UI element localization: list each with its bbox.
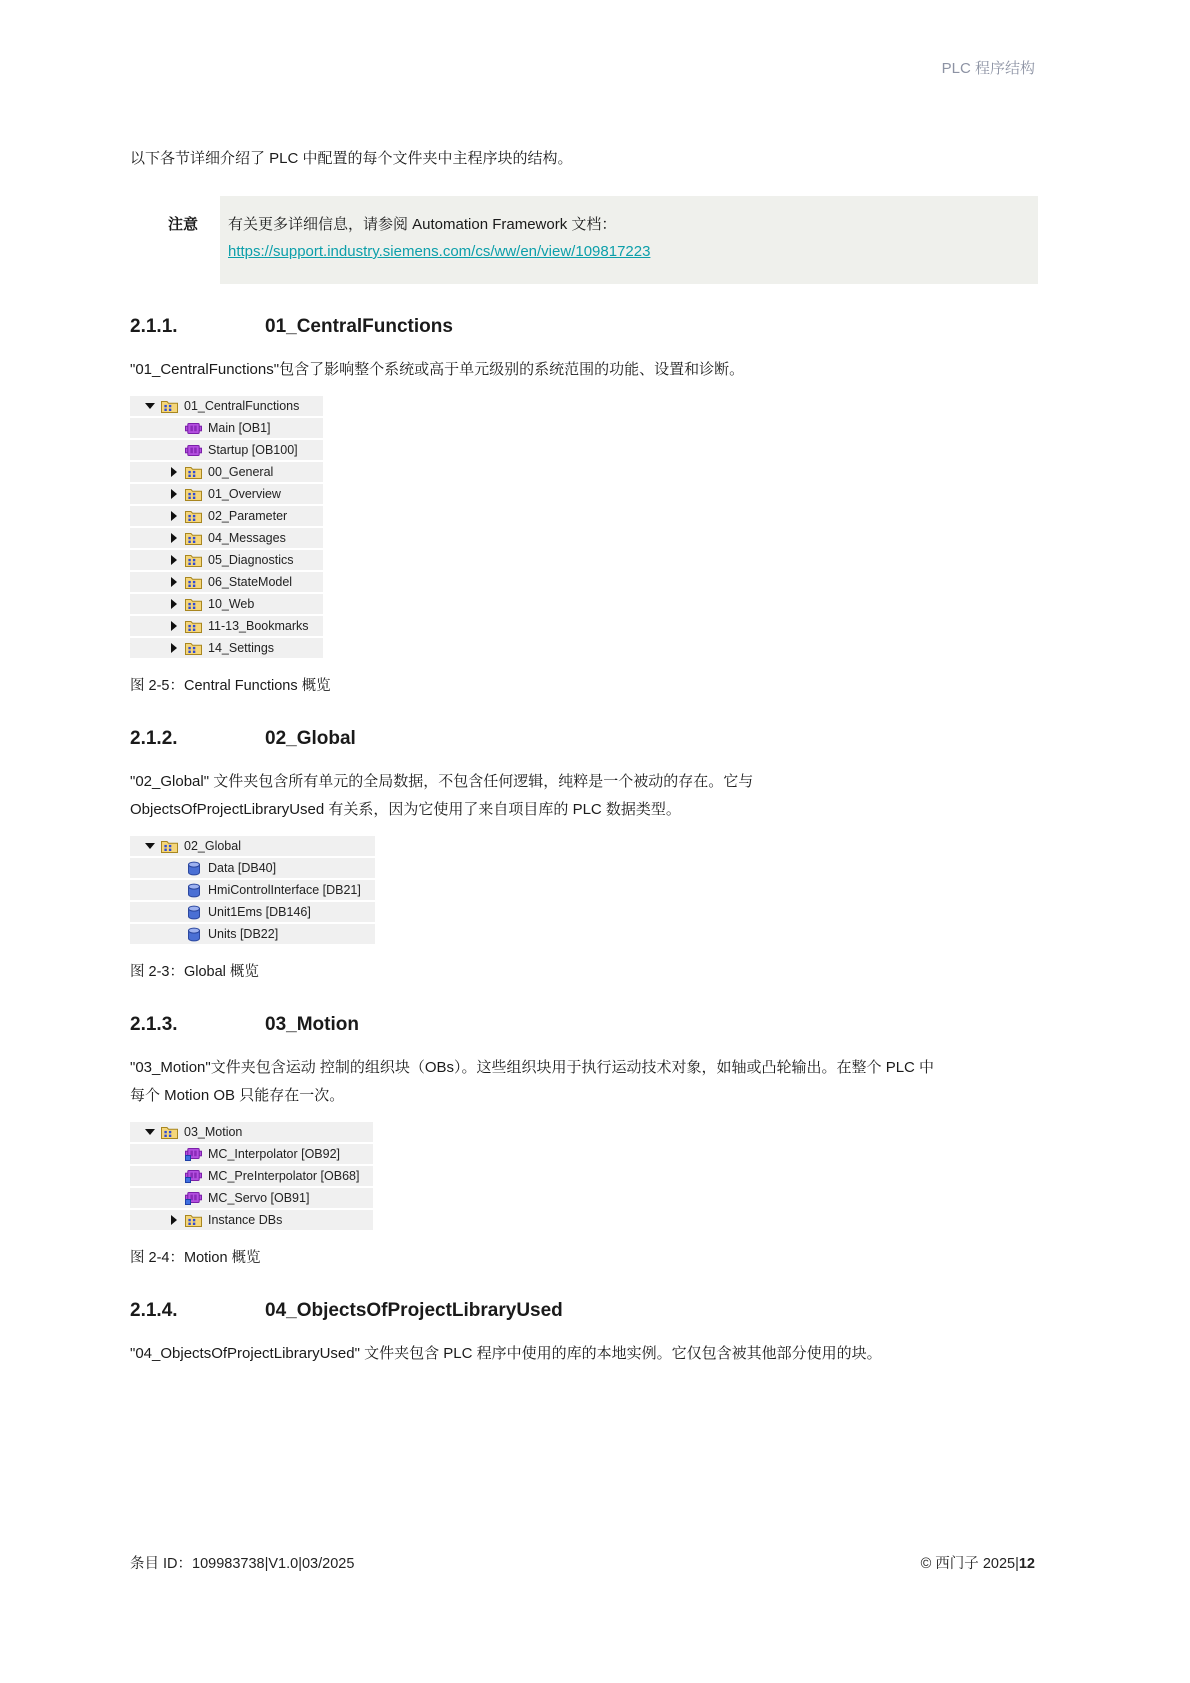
ob-block-with-badge-icon [185,1147,202,1162]
expand-arrow-icon [168,532,180,544]
arrow-glyph [145,403,155,409]
expand-arrow-icon [168,510,180,522]
arrow-glyph [145,843,155,849]
document-section: 2.1.1.01_CentralFunctions"01_CentralFunc… [130,314,1038,696]
tree-row-label: 11-13_Bookmarks [208,619,309,633]
tree-row-label: 02_Parameter [208,509,287,523]
block-folder-icon [161,839,178,854]
ob-block-icon [185,443,202,458]
tree-row: HmiControlInterface [DB21] [130,880,375,900]
arrow-glyph [171,533,177,543]
expand-arrow-icon [168,488,180,500]
tree-row-label: Main [OB1] [208,421,271,435]
note-link[interactable]: https://support.industry.siemens.com/cs/… [228,243,650,260]
ob-block-icon [185,421,202,436]
expand-arrow-icon [168,620,180,632]
block-folder-icon [185,1213,202,1228]
tree-row-label: MC_PreInterpolator [OB68] [208,1169,359,1183]
section-heading: 2.1.3.03_Motion [130,1012,1038,1038]
block-folder-icon [185,575,202,590]
tree-row-label: 10_Web [208,597,254,611]
section-title: 02_Global [265,726,356,752]
expand-arrow-icon [168,554,180,566]
block-folder-icon [185,509,202,524]
section-title: 01_CentralFunctions [265,314,453,340]
expand-arrow-icon [168,576,180,588]
arrow-glyph [171,555,177,565]
expand-arrow-icon [168,466,180,478]
arrow-spacer [168,928,180,940]
tree-row: 04_Messages [130,528,323,548]
section-body: "03_Motion"文件夹包含运动 控制的组织块（OBs）。这些组织块用于执行… [130,1054,1038,1110]
arrow-glyph [145,1129,155,1135]
arrow-spacer [168,1192,180,1204]
figure-caption: 图 2-5：Central Functions 概览 [130,676,1038,696]
data-block-icon [185,905,202,920]
section-number: 2.1.3. [130,1012,265,1038]
figure-caption: 图 2-4：Motion 概览 [130,1248,1038,1268]
tree-row: 11-13_Bookmarks [130,616,323,636]
tree-row: 00_General [130,462,323,482]
document-section: 2.1.2.02_Global"02_Global" 文件夹包含所有单元的全局数… [130,726,1038,982]
tree-row: 06_StateModel [130,572,323,592]
expand-arrow-icon [168,642,180,654]
arrow-glyph [171,577,177,587]
block-tree: 03_MotionMC_Interpolator [OB92]MC_PreInt… [130,1122,373,1232]
page-content: 以下各节详细介绍了 PLC 中配置的每个文件夹中主程序块的结构。 注意 有关更多… [130,0,1038,1368]
tree-row-label: Instance DBs [208,1213,282,1227]
ob-block-with-badge-icon [185,1191,202,1206]
arrow-glyph [171,467,177,477]
tree-row-label: HmiControlInterface [DB21] [208,883,361,897]
expand-arrow-icon [168,1214,180,1226]
block-folder-icon [161,399,178,414]
expand-arrow-icon [168,598,180,610]
tree-row: 14_Settings [130,638,323,658]
arrow-glyph [171,599,177,609]
section-heading: 2.1.2.02_Global [130,726,1038,752]
page-number: 12 [1019,1556,1035,1572]
arrow-spacer [168,906,180,918]
tree-row: 05_Diagnostics [130,550,323,570]
tree-row-label: 06_StateModel [208,575,292,589]
sections-container: 2.1.1.01_CentralFunctions"01_CentralFunc… [130,314,1038,1368]
arrow-glyph [171,489,177,499]
arrow-glyph [171,1215,177,1225]
tree-row: Instance DBs [130,1210,373,1230]
tree-row-label: 01_CentralFunctions [184,399,299,413]
intro-paragraph: 以下各节详细介绍了 PLC 中配置的每个文件夹中主程序块的结构。 [130,148,1038,170]
block-folder-icon [185,641,202,656]
tree-row-label: 00_General [208,465,273,479]
section-body: "02_Global" 文件夹包含所有单元的全局数据，不包含任何逻辑，纯粹是一个… [130,768,1038,824]
block-folder-icon [185,619,202,634]
block-folder-icon [185,487,202,502]
figure-caption: 图 2-3：Global 概览 [130,962,1038,982]
tree-row: Data [DB40] [130,858,375,878]
tree-row: 01_CentralFunctions [130,396,323,416]
section-number: 2.1.4. [130,1298,265,1324]
tree-row-label: Units [DB22] [208,927,278,941]
tree-row-label: 14_Settings [208,641,274,655]
section-title: 04_ObjectsOfProjectLibraryUsed [265,1298,563,1324]
tree-row: Unit1Ems [DB146] [130,902,375,922]
block-folder-icon [185,553,202,568]
tree-row-label: Unit1Ems [DB146] [208,905,311,919]
block-folder-icon [185,465,202,480]
tree-row-label: Data [DB40] [208,861,276,875]
tree-row: Main [OB1] [130,418,323,438]
page-footer: 条目 ID：109983738|V1.0|03/2025 © 西门子 2025|… [130,1552,1035,1573]
tree-row: MC_Servo [OB91] [130,1188,373,1208]
section-number: 2.1.1. [130,314,265,340]
note-block: 注意 有关更多详细信息，请参阅 Automation Framework 文档：… [130,196,1038,284]
section-number: 2.1.2. [130,726,265,752]
note-box: 有关更多详细信息，请参阅 Automation Framework 文档： ht… [220,196,1038,284]
tree-row: MC_Interpolator [OB92] [130,1144,373,1164]
data-block-icon [185,883,202,898]
tree-row-label: MC_Interpolator [OB92] [208,1147,340,1161]
block-folder-icon [161,1125,178,1140]
arrow-spacer [168,444,180,456]
section-heading: 2.1.4.04_ObjectsOfProjectLibraryUsed [130,1298,1038,1324]
tree-row-label: 01_Overview [208,487,281,501]
tree-row-label: 04_Messages [208,531,286,545]
document-section: 2.1.3.03_Motion"03_Motion"文件夹包含运动 控制的组织块… [130,1012,1038,1268]
arrow-spacer [168,422,180,434]
collapse-arrow-icon [144,400,156,412]
arrow-glyph [171,511,177,521]
note-text: 有关更多详细信息，请参阅 Automation Framework 文档： [228,211,1018,238]
tree-row-label: 02_Global [184,839,241,853]
section-heading: 2.1.1.01_CentralFunctions [130,314,1038,340]
section-body: "01_CentralFunctions"包含了影响整个系统或高于单元级别的系统… [130,356,1038,384]
document-page: PLC 程序结构 以下各节详细介绍了 PLC 中配置的每个文件夹中主程序块的结构… [0,0,1190,1683]
tree-row: Startup [OB100] [130,440,323,460]
footer-copyright-text: © 西门子 2025| [921,1556,1019,1572]
arrow-spacer [168,862,180,874]
footer-doc-id: 条目 ID：109983738|V1.0|03/2025 [130,1552,354,1573]
tree-row: 01_Overview [130,484,323,504]
arrow-glyph [171,621,177,631]
section-title: 03_Motion [265,1012,359,1038]
tree-row: 02_Parameter [130,506,323,526]
data-block-icon [185,927,202,942]
note-label: 注意 [130,196,220,284]
tree-row-label: MC_Servo [OB91] [208,1191,309,1205]
tree-row: 03_Motion [130,1122,373,1142]
arrow-spacer [168,884,180,896]
tree-row-label: Startup [OB100] [208,443,298,457]
data-block-icon [185,861,202,876]
tree-row: 10_Web [130,594,323,614]
collapse-arrow-icon [144,840,156,852]
block-tree: 02_GlobalData [DB40]HmiControlInterface … [130,836,375,946]
tree-row: 02_Global [130,836,375,856]
ob-block-with-badge-icon [185,1169,202,1184]
collapse-arrow-icon [144,1126,156,1138]
block-folder-icon [185,531,202,546]
arrow-glyph [171,643,177,653]
document-section: 2.1.4.04_ObjectsOfProjectLibraryUsed"04_… [130,1298,1038,1368]
arrow-spacer [168,1148,180,1160]
block-folder-icon [185,597,202,612]
tree-row: MC_PreInterpolator [OB68] [130,1166,373,1186]
section-body: "04_ObjectsOfProjectLibraryUsed" 文件夹包含 P… [130,1340,1038,1368]
tree-row-label: 03_Motion [184,1125,242,1139]
tree-row: Units [DB22] [130,924,375,944]
arrow-spacer [168,1170,180,1182]
tree-row-label: 05_Diagnostics [208,553,293,567]
footer-copyright: © 西门子 2025|12 [921,1552,1035,1573]
block-tree: 01_CentralFunctionsMain [OB1]Startup [OB… [130,396,323,660]
